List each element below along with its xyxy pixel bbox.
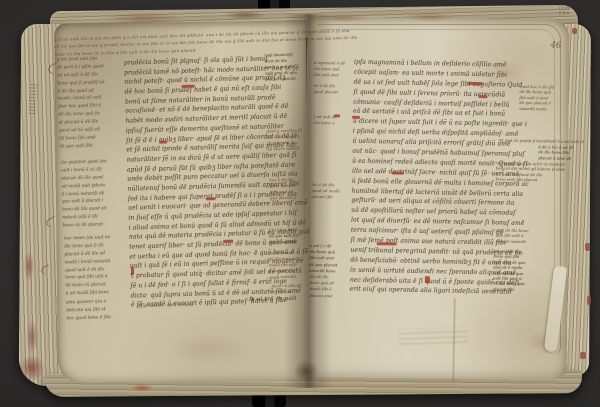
manuscript-photo: q̄ ſicut uult illū in uia dei ſpāli q̄ a…: [0, 0, 600, 407]
left-page-parchment: [54, 21, 310, 384]
ink-offset-smudge: [398, 327, 469, 345]
parchment-stain: [148, 328, 272, 370]
red-edge-speck: [580, 352, 586, 359]
red-bottom-stain: [126, 383, 158, 393]
red-edge-speck: [572, 28, 577, 34]
red-edge-speck: [587, 296, 591, 305]
parchment-stain: [468, 52, 540, 94]
top-edge-stain: [394, 10, 466, 24]
top-edge-stain: [88, 10, 200, 26]
red-corner-stain: [14, 350, 50, 386]
red-edge-speck: [585, 243, 590, 251]
red-edge-stain: [22, 246, 36, 286]
top-edge-stain: [214, 8, 276, 22]
top-edge-stain: [300, 12, 384, 24]
gutter-bottom-shadow: [288, 352, 324, 384]
